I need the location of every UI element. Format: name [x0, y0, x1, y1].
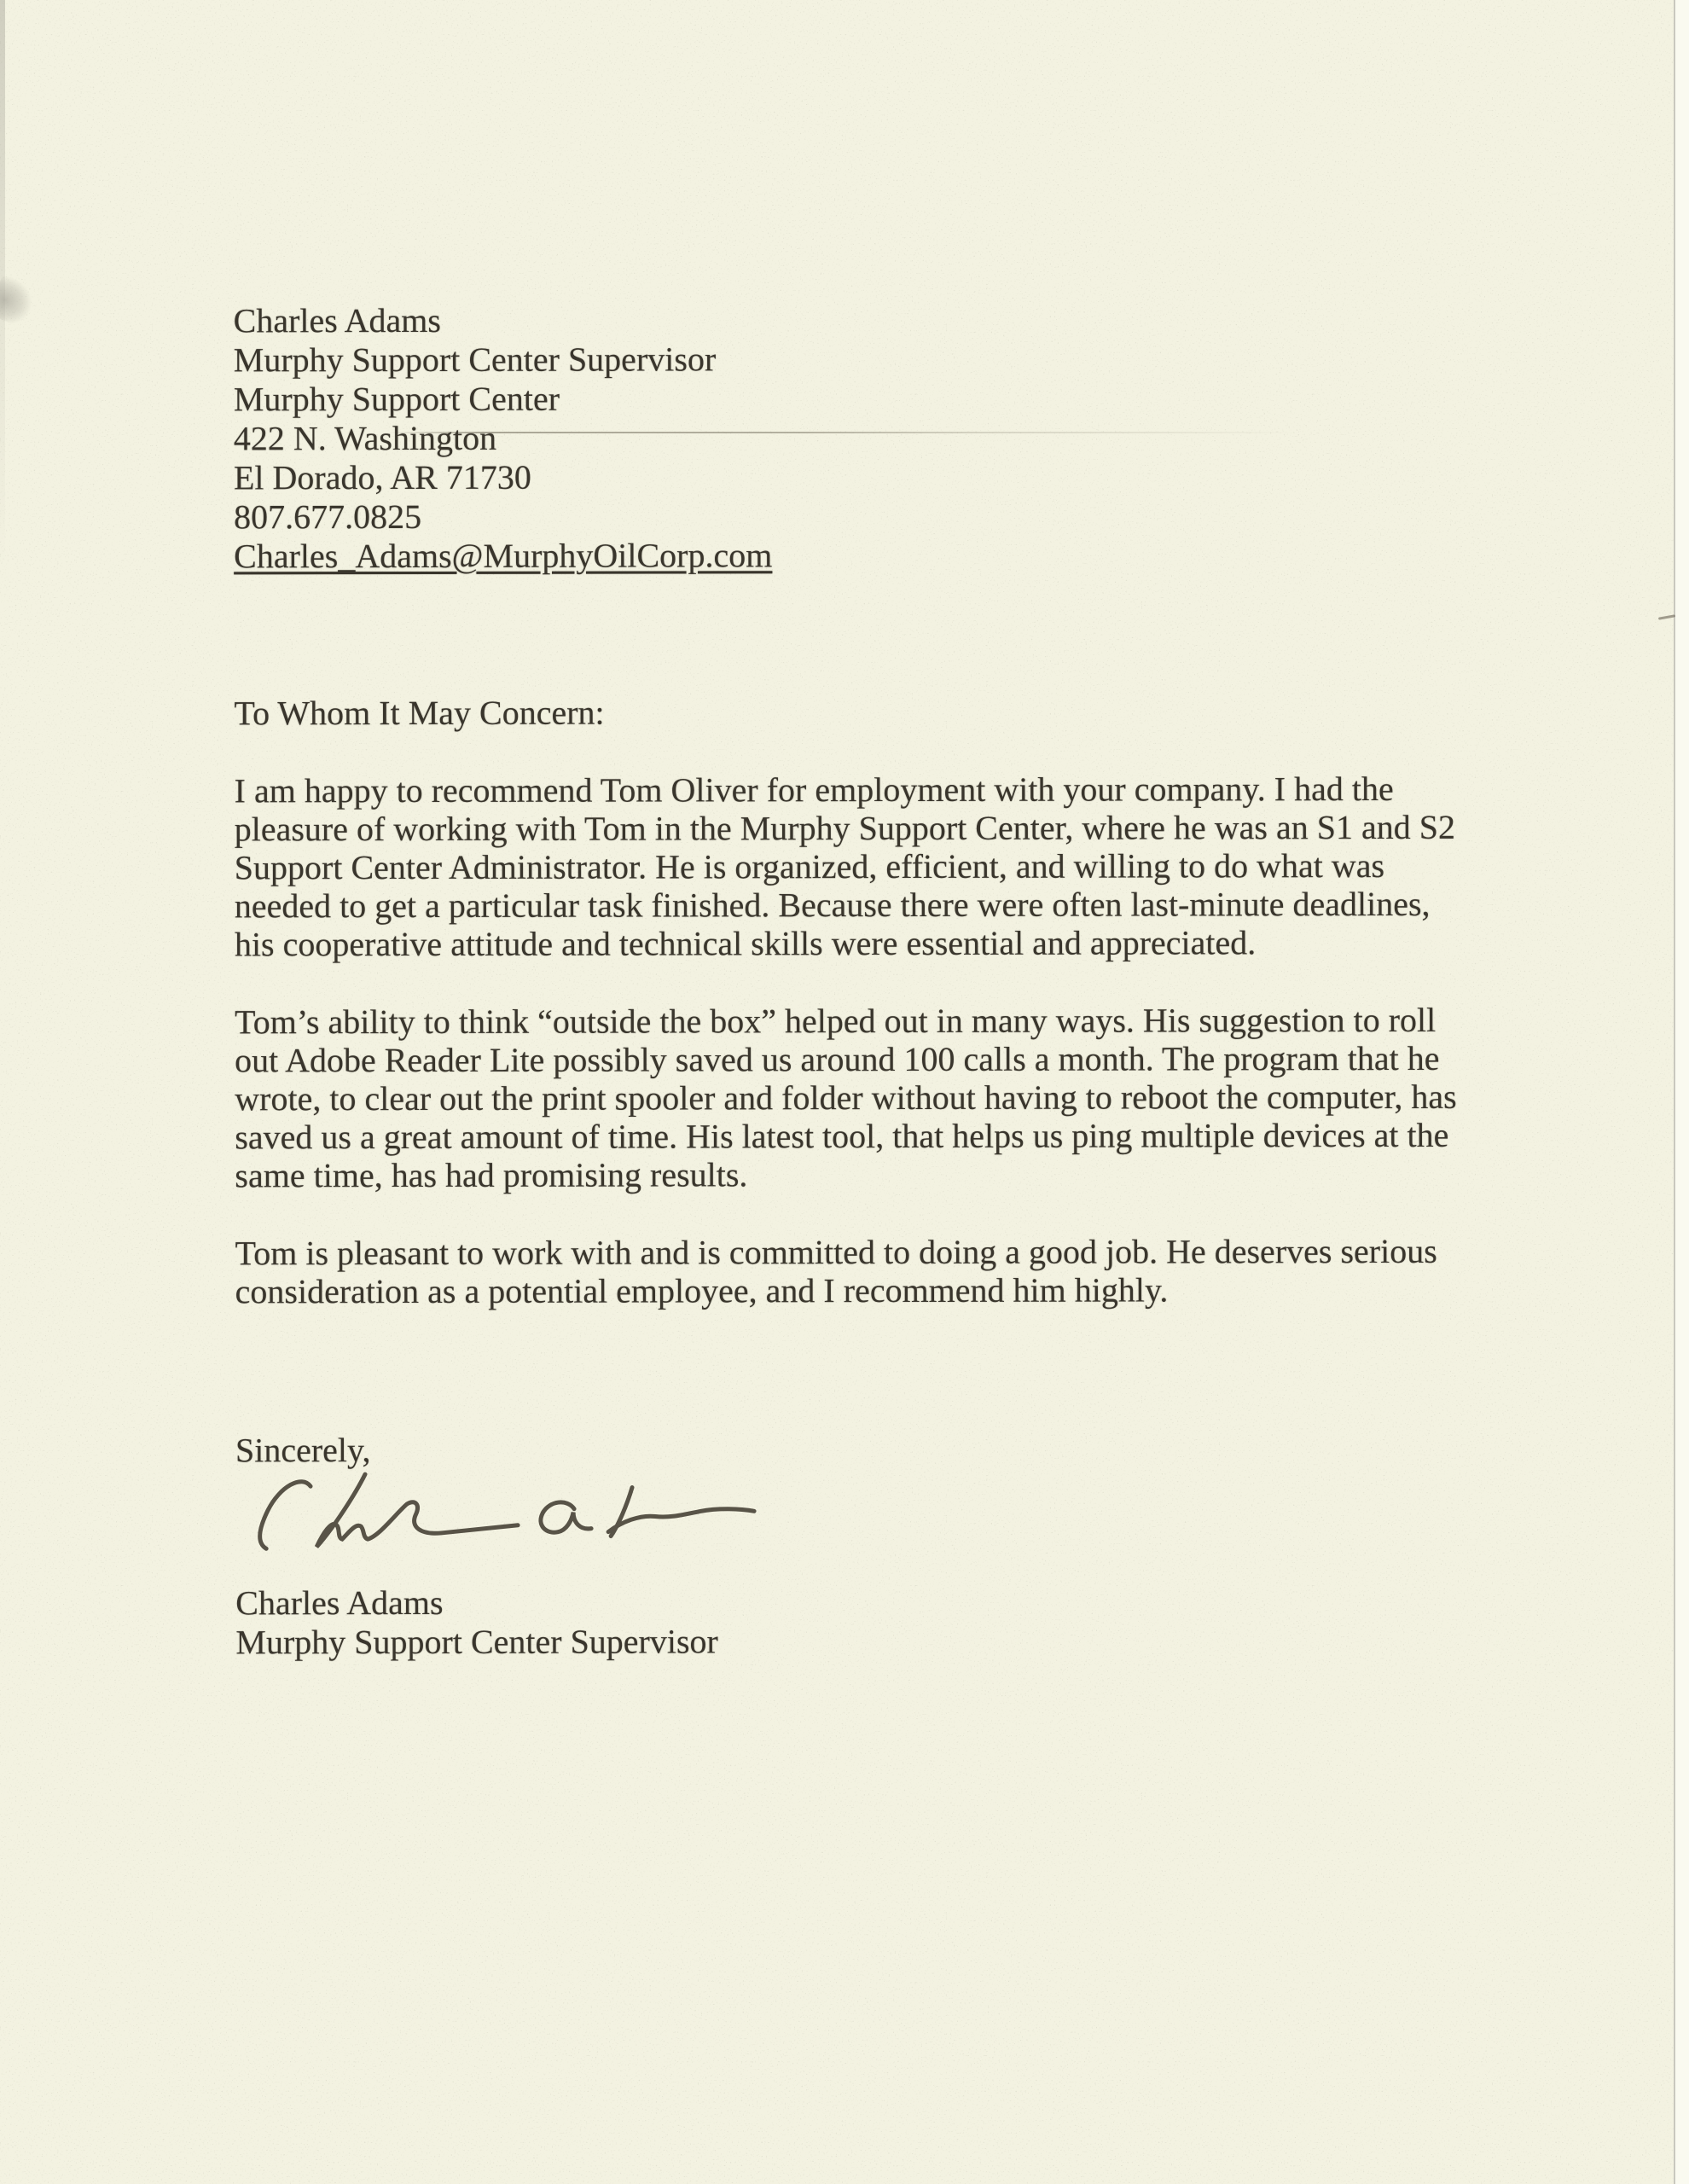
paragraph-1: I am happy to recommend Tom Oliver for e…: [235, 770, 1565, 964]
scan-smudge-artifact: [0, 274, 39, 328]
sender-name: Charles Adams: [234, 299, 1564, 341]
scan-left-edge-shade: [0, 0, 5, 810]
signature-stroke-a: [541, 1502, 591, 1532]
signature-stroke-c: [260, 1482, 311, 1549]
sender-title: Murphy Support Center Supervisor: [234, 339, 1564, 380]
sender-phone: 807.677.0825: [234, 496, 1564, 537]
sender-city: El Dorado, AR 71730: [234, 456, 1564, 498]
handwritten-signature: [229, 1460, 757, 1580]
scan-edge-strip: [1674, 0, 1689, 2184]
signoff-name: Charles Adams: [235, 1582, 1566, 1623]
signature-stroke-tail: [608, 1509, 754, 1532]
paragraph-2: Tom’s ability to think “outside the box”…: [235, 1001, 1565, 1195]
signoff-block: Charles Adams Murphy Support Center Supe…: [235, 1582, 1566, 1663]
letter-content: Charles Adams Murphy Support Center Supe…: [234, 299, 1567, 1663]
signoff-title: Murphy Support Center Supervisor: [235, 1621, 1566, 1663]
sender-street: 422 N. Washington: [234, 417, 1564, 459]
sender-address-block: Charles Adams Murphy Support Center Supe…: [234, 299, 1565, 577]
sender-company: Murphy Support Center: [234, 378, 1564, 420]
letter-page: Charles Adams Murphy Support Center Supe…: [0, 0, 1689, 2184]
signature-stroke-h-scribble: [316, 1474, 518, 1547]
paragraph-3: Tom is pleasant to work with and is comm…: [235, 1232, 1566, 1311]
salutation: To Whom It May Concern:: [234, 692, 1564, 733]
sender-email: Charles_Adams@MurphyOilCorp.com: [234, 536, 772, 576]
